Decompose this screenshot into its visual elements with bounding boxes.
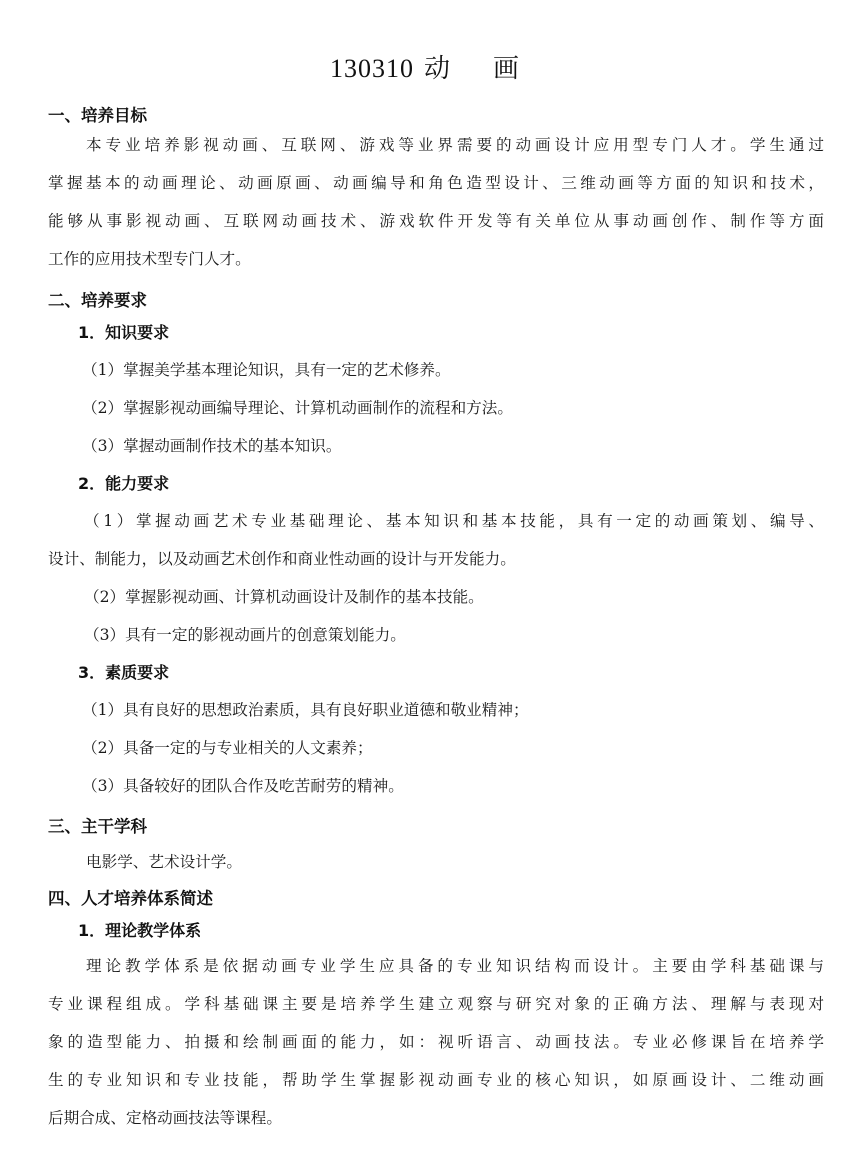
disciplines-text: 电影学、艺术设计学。: [86, 850, 242, 872]
ability-item-2: （2）掌握影视动画、计算机动画设计及制作的基本技能。: [84, 585, 484, 607]
section-heading-requirements: 二、培养要求: [48, 287, 147, 311]
section-heading-disciplines: 三、主干学科: [48, 813, 147, 837]
theory-paragraph-line-1: 理论教学体系是依据动画专业学生应具备的专业知识结构而设计。主要由学科基础课与: [86, 954, 824, 976]
knowledge-item-2: （2）掌握影视动画编导理论、计算机动画制作的流程和方法。: [82, 396, 513, 418]
quality-item-2: （2）具备一定的与专业相关的人文素养；: [82, 736, 373, 758]
goals-paragraph-line-2: 掌握基本的动画理论、动画原画、动画编导和角色造型设计、三维动画等方面的知识和技术…: [48, 171, 824, 193]
goals-paragraph-line-4: 工作的应用技术型专门人才。: [48, 247, 251, 269]
title-char-2: 画: [493, 54, 520, 84]
goals-paragraph-line-1: 本专业培养影视动画、互联网、游戏等业界需要的动画设计应用型专门人才。学生通过: [86, 133, 824, 155]
theory-paragraph-line-3: 象的造型能力、拍摄和绘制画面的能力，如：视听语言、动画技法。专业必修课旨在培养学: [48, 1030, 824, 1052]
subsection-heading-knowledge: 1．知识要求: [78, 320, 169, 343]
section-heading-goals: 一、培养目标: [48, 102, 147, 126]
quality-item-1: （1）具有良好的思想政治素质，具有良好职业道德和敬业精神；: [82, 698, 529, 720]
quality-item-3: （3）具备较好的团队合作及吃苦耐劳的精神。: [82, 774, 404, 796]
document-page: 130310动画 一、培养目标 本专业培养影视动画、互联网、游戏等业界需要的动画…: [0, 0, 850, 1157]
knowledge-item-1: （1）掌握美学基本理论知识，具有一定的艺术修养。: [82, 358, 451, 380]
subsection-heading-theory-teaching: 1．理论教学体系: [78, 918, 201, 941]
major-code: 130310: [330, 54, 414, 83]
theory-paragraph-line-4: 生的专业知识和专业技能，帮助学生掌握影视动画专业的核心知识，如原画设计、二维动画: [48, 1068, 824, 1090]
subsection-heading-quality: 3．素质要求: [78, 660, 169, 683]
knowledge-item-3: （3）掌握动画制作技术的基本知识。: [82, 434, 341, 456]
section-heading-training-system: 四、人才培养体系简述: [48, 885, 213, 909]
goals-paragraph-line-3: 能够从事影视动画、互联网动画技术、游戏软件开发等有关单位从事动画创作、制作等方面: [48, 209, 824, 231]
subsection-heading-ability: 2．能力要求: [78, 471, 169, 494]
ability-item-3: （3）具有一定的影视动画片的创意策划能力。: [84, 623, 406, 645]
page-title: 130310动画: [0, 48, 850, 85]
title-char-1: 动: [424, 54, 451, 84]
ability-item-1-line-1: （1）掌握动画艺术专业基础理论、基本知识和基本技能，具有一定的动画策划、编导、: [84, 509, 824, 531]
ability-item-1-line-2: 设计、制能力，以及动画艺术创作和商业性动画的设计与开发能力。: [48, 547, 516, 569]
theory-paragraph-line-5: 后期合成、定格动画技法等课程。: [48, 1106, 282, 1128]
theory-paragraph-line-2: 专业课程组成。学科基础课主要是培养学生建立观察与研究对象的正确方法、理解与表现对: [48, 992, 824, 1014]
